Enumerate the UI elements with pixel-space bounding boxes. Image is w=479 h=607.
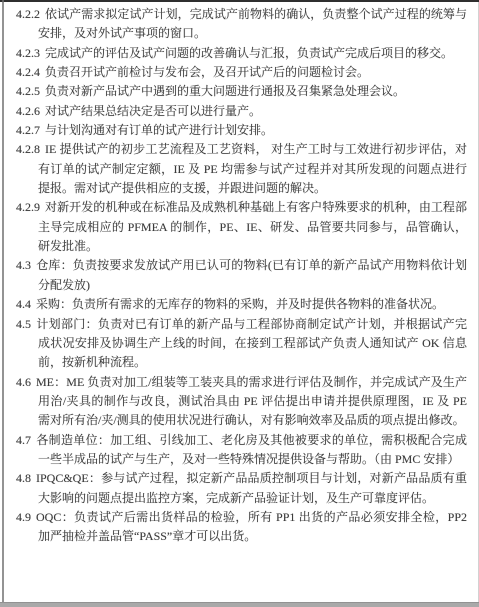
item-text: 对新开发的机种或在标准品及成熟机种基础上有客户特殊要求的机种，由工程部主导完成相… (38, 200, 467, 253)
item-number: 4.4 (16, 297, 31, 311)
item-text: IPQC&QE：参与试产过程，拟定新产品品质控制项目与计划，对新产品品质有重大影… (36, 471, 467, 504)
procedure-item: 4.2.9对新开发的机种或在标准品及成熟机种基础上有客户特殊要求的机种，由工程部… (16, 198, 467, 256)
procedure-section-list: 4.2.2依试产需求拟定试产计划，完成试产前物料的确认，负责整个试产过程的统筹与… (4, 2, 478, 547)
item-text: OQC：负责试产后需出货样品的检验，所有 PP1 出货的产品必须安排全检，PP2… (36, 510, 467, 543)
item-text: 负责对新产品试产中遇到的重大问题进行通报及召集紧急处理会议。 (45, 84, 405, 98)
item-number: 4.8 (16, 471, 31, 485)
item-text: 采购：负责所有需求的无库存的物料的采购，并及时提供各物料的准备状况。 (36, 297, 444, 311)
item-number: 4.2.5 (16, 84, 40, 98)
item-number: 4.9 (16, 510, 31, 524)
item-text: 依试产需求拟定试产计划，完成试产前物料的确认，负责整个试产过程的统筹与安排，及对… (38, 7, 467, 40)
page-bottom-separator (0, 602, 479, 607)
item-text: ME：ME 负责对加工/组装等工装夹具的需求进行评估及制作，并完成试产及生产用治… (36, 375, 467, 428)
item-text: 负责召开试产前检讨与发布会，及召开试产后的问题检讨会。 (45, 65, 369, 79)
procedure-item: 4.2.6对试产结果总结决定是否可以进行量产。 (16, 102, 467, 121)
item-number: 4.2.8 (16, 142, 40, 156)
document-page: 4.2.2依试产需求拟定试产计划，完成试产前物料的确认，负责整个试产过程的统筹与… (0, 0, 479, 607)
item-text: 与计划沟通对有订单的试产进行计划安排。 (45, 123, 273, 137)
procedure-item: 4.2.5负责对新产品试产中遇到的重大问题进行通报及召集紧急处理会议。 (16, 82, 467, 101)
procedure-item: 4.6ME：ME 负责对加工/组装等工装夹具的需求进行评估及制作，并完成试产及生… (16, 373, 467, 431)
item-number: 4.3 (16, 258, 31, 272)
item-number: 4.2.4 (16, 65, 40, 79)
procedure-item: 4.8IPQC&QE：参与试产过程，拟定新产品品质控制项目与计划，对新产品品质有… (16, 469, 467, 508)
item-text: 完成试产的评估及试产问题的改善确认与汇报，负责试产完成后项目的移交。 (45, 46, 453, 60)
item-text: 各制造单位：加工组、引线加工、老化房及其他被要求的单位，需积极配合完成一些半成品… (36, 433, 467, 466)
procedure-item: 4.2.8IE 提供试产的初步工艺流程及工艺资料， 对生产工时与工效进行初步评估… (16, 140, 467, 198)
procedure-item: 4.2.3完成试产的评估及试产问题的改善确认与汇报，负责试产完成后项目的移交。 (16, 44, 467, 63)
item-text: 对试产结果总结决定是否可以进行量产。 (45, 104, 261, 118)
procedure-item: 4.5计划部门：负责对已有订单的新产品与工程部协商制定试产计划，并根据试产完成状… (16, 315, 467, 373)
item-text: IE 提供试产的初步工艺流程及工艺资料， 对生产工时与工效进行初步评估，对有订单… (38, 142, 467, 195)
item-number: 4.2.3 (16, 46, 40, 60)
item-number: 4.2.7 (16, 123, 40, 137)
item-text: 计划部门：负责对已有订单的新产品与工程部协商制定试产计划，并根据试产完成状况安排… (36, 317, 467, 370)
procedure-item: 4.7各制造单位：加工组、引线加工、老化房及其他被要求的单位，需积极配合完成一些… (16, 431, 467, 470)
procedure-item: 4.2.2依试产需求拟定试产计划，完成试产前物料的确认，负责整个试产过程的统筹与… (16, 5, 467, 44)
item-number: 4.2.2 (16, 7, 40, 21)
item-number: 4.7 (16, 433, 31, 447)
item-number: 4.2.9 (16, 200, 40, 214)
item-number: 4.6 (16, 375, 31, 389)
procedure-item: 4.3仓库：负责按要求发放试产用已认可的物料(已有订单的新产品试产用物料依计划分… (16, 256, 467, 295)
procedure-item: 4.4采购：负责所有需求的无库存的物料的采购，并及时提供各物料的准备状况。 (16, 295, 467, 314)
procedure-item: 4.2.7与计划沟通对有订单的试产进行计划安排。 (16, 121, 467, 140)
item-number: 4.5 (16, 317, 31, 331)
procedure-item: 4.2.4负责召开试产前检讨与发布会，及召开试产后的问题检讨会。 (16, 63, 467, 82)
item-text: 仓库：负责按要求发放试产用已认可的物料(已有订单的新产品试产用物料依计划分配发放… (36, 258, 467, 291)
procedure-item: 4.9OQC：负责试产后需出货样品的检验，所有 PP1 出货的产品必须安排全检，… (16, 508, 467, 547)
item-number: 4.2.6 (16, 104, 40, 118)
